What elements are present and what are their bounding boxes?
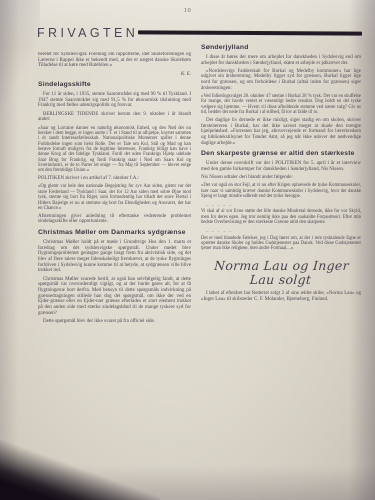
quote-block: Det er med blandede Følelser, jeg i Dag … [201, 236, 361, 252]
paragraph: For 11 år siden, i 1935, stemte Saarområ… [38, 92, 191, 109]
quote-block: »Det var også en stor Fejl, at vi nu eft… [201, 183, 361, 199]
quote-block: »Ved folketingsvalget 28. oktober 47 ste… [201, 94, 361, 115]
heading-norma-lau-script: Norma Lau og Inger Lau solgt [200, 259, 362, 288]
quote-separator: – – – – – [201, 228, 361, 233]
heading-skarpeste-graense: Den skarpeste grænse er altid den stærke… [201, 150, 361, 158]
paragraph: Nis Nissen udtaler deri blandt andet føl… [201, 175, 361, 181]
left-column: beretet for Sydslesvigsk Forening om rap… [38, 52, 191, 327]
paragraph: I løbet af efteråret har Rederiet solgt … [201, 291, 361, 302]
quote-block: Vi skal af al vor Evne støtte det lille … [201, 209, 361, 225]
paragraph: I disse år høres der mere om arbejdet fo… [201, 55, 361, 66]
quote-separator: – – – – – [201, 202, 361, 207]
paragraph: Christmas Møller svarede hertil, at også… [38, 277, 191, 317]
paragraph: Det daglige liv dernede er ikke misligt,… [201, 118, 361, 146]
paragraph: Under denne overskrift var der i POLITIK… [201, 161, 361, 172]
paragraph: BERLINGSKE TIDENDE skriver herom den 9. … [38, 112, 191, 123]
heading-sindelagsskifte: Sindelagsskifte [38, 81, 191, 89]
paragraph: Dette spørgsmål blev der ikke svaret på … [38, 319, 191, 325]
paragraph: Afstemningen giver anledning til efterta… [38, 214, 191, 225]
quote-block: »Og glemt var hele den nationale Begejst… [38, 184, 191, 211]
quote-block: »Saar og Lorraine danner en naturlig øko… [38, 126, 191, 174]
paragraph: Christmas Møller holdt på et møde i Grun… [38, 240, 191, 274]
heading-christmas-moller: Christmas Møller om Danmarks sydgrænse [38, 229, 191, 237]
intro-signature: K. E. [38, 72, 191, 78]
scanned-magazine-page: 10 FRIVAGTEN beretet for Sydslesvigsk Fo… [0, 0, 375, 500]
intro-paragraph: beretet for Sydslesvigsk Forening om rap… [38, 52, 191, 69]
right-column: Sønderjylland I disse år høres der mere … [201, 44, 361, 305]
paragraph: POLITIKEN skriver i en artikel af 7. okt… [38, 176, 191, 182]
paragraph: »Nordslesvigs Fadderskab for Burkal og M… [201, 69, 361, 92]
heading-sonderjylland: Sønderjylland [201, 44, 361, 52]
page-number: 10 [0, 7, 375, 14]
masthead-title: FRIVAGTEN [37, 26, 138, 40]
